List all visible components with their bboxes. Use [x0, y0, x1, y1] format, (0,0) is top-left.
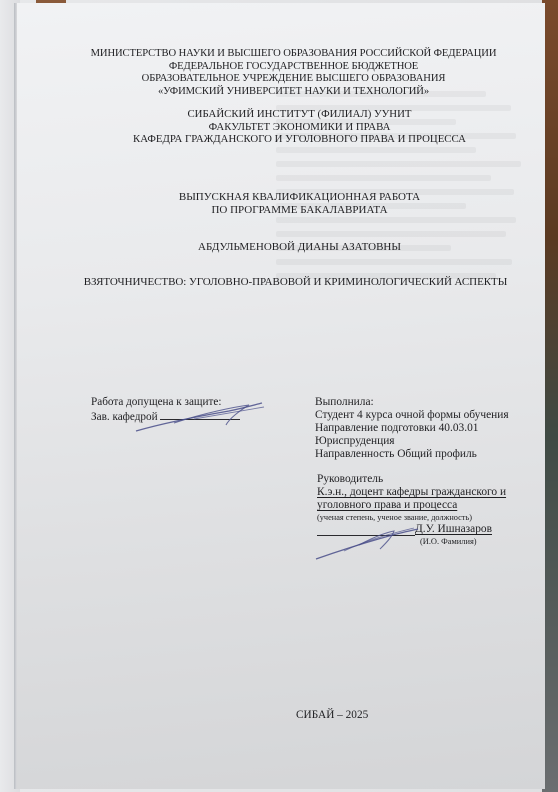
document-body: МИНИСТЕРСТВО НАУКИ И ВЫСШЕГО ОБРАЗОВАНИЯ… [14, 3, 545, 789]
performer-label: Выполнила: [315, 396, 509, 409]
institute-name: СИБАЙСКИЙ ИНСТИТУТ (ФИЛИАЛ) УУНИТ [34, 108, 558, 121]
supervisor-signature-line [317, 524, 415, 536]
ministry-line: ОБРАЗОВАТЕЛЬНОЕ УЧРЕЖДЕНИЕ ВЫСШЕГО ОБРАЗ… [28, 73, 558, 86]
supervisor-position-cont: уголовного права и процесса [317, 499, 506, 512]
supervisor-name: Д.У. Ишназаров [415, 523, 492, 536]
direction-code: Направление подготовки 40.03.01 [315, 422, 509, 435]
supervisor-label: Руководитель [317, 473, 506, 486]
work-type-line: ПО ПРОГРАММЕ БАКАЛАВРИАТА [34, 204, 558, 217]
supervisor-signature-row: Д.У. Ишназаров [317, 523, 506, 536]
city-year: СИБАЙ – 2025 [296, 709, 368, 721]
head-signature-line [160, 409, 240, 420]
position-hint: (ученая степень, ученое звание, должност… [317, 512, 506, 523]
work-type: ВЫПУСКНАЯ КВАЛИФИКАЦИОННАЯ РАБОТА ПО ПРО… [34, 191, 558, 216]
institute-header: СИБАЙСКИЙ ИНСТИТУТ (ФИЛИАЛ) УУНИТ ФАКУЛЬ… [34, 108, 558, 146]
department-name: КАФЕДРА ГРАЖДАНСКОГО И УГОЛОВНОГО ПРАВА … [34, 133, 558, 146]
head-of-department-row: Зав. кафедрой [91, 409, 240, 424]
head-of-department-label: Зав. кафедрой [91, 411, 158, 423]
specialty: Юриспруденция [315, 435, 509, 448]
name-hint: (И.О. Фамилия) [317, 536, 506, 547]
supervisor-block: Руководитель К.э.н., доцент кафедры граж… [317, 473, 506, 547]
faculty-name: ФАКУЛЬТЕТ ЭКОНОМИКИ И ПРАВА [34, 121, 558, 134]
profile: Направленность Общий профиль [315, 448, 509, 461]
performer-block: Выполнила: Студент 4 курса очной формы о… [315, 396, 509, 461]
photo-scene: МИНИСТЕРСТВО НАУКИ И ВЫСШЕГО ОБРАЗОВАНИЯ… [0, 0, 558, 792]
thesis-topic: ВЗЯТОЧНИЧЕСТВО: УГОЛОВНО-ПРАВОВОЙ И КРИМ… [30, 276, 558, 288]
ministry-line: МИНИСТЕРСТВО НАУКИ И ВЫСШЕГО ОБРАЗОВАНИЯ… [28, 48, 558, 61]
title-page: МИНИСТЕРСТВО НАУКИ И ВЫСШЕГО ОБРАЗОВАНИЯ… [14, 3, 545, 789]
supervisor-position: К.э.н., доцент кафедры гражданского и [317, 486, 506, 499]
ministry-header: МИНИСТЕРСТВО НАУКИ И ВЫСШЕГО ОБРАЗОВАНИЯ… [28, 48, 558, 98]
author-name: АБДУЛЬМЕНОВОЙ ДИАНЫ АЗАТОВНЫ [34, 241, 558, 253]
admission-block: Работа допущена к защите: Зав. кафедрой [91, 396, 240, 424]
admission-label: Работа допущена к защите: [91, 396, 240, 409]
university-name: «УФИМСКИЙ УНИВЕРСИТЕТ НАУКИ И ТЕХНОЛОГИЙ… [28, 86, 558, 99]
work-type-line: ВЫПУСКНАЯ КВАЛИФИКАЦИОННАЯ РАБОТА [34, 191, 558, 204]
student-info: Студент 4 курса очной формы обучения [315, 409, 509, 422]
ministry-line: ФЕДЕРАЛЬНОЕ ГОСУДАРСТВЕННОЕ БЮДЖЕТНОЕ [28, 61, 558, 74]
